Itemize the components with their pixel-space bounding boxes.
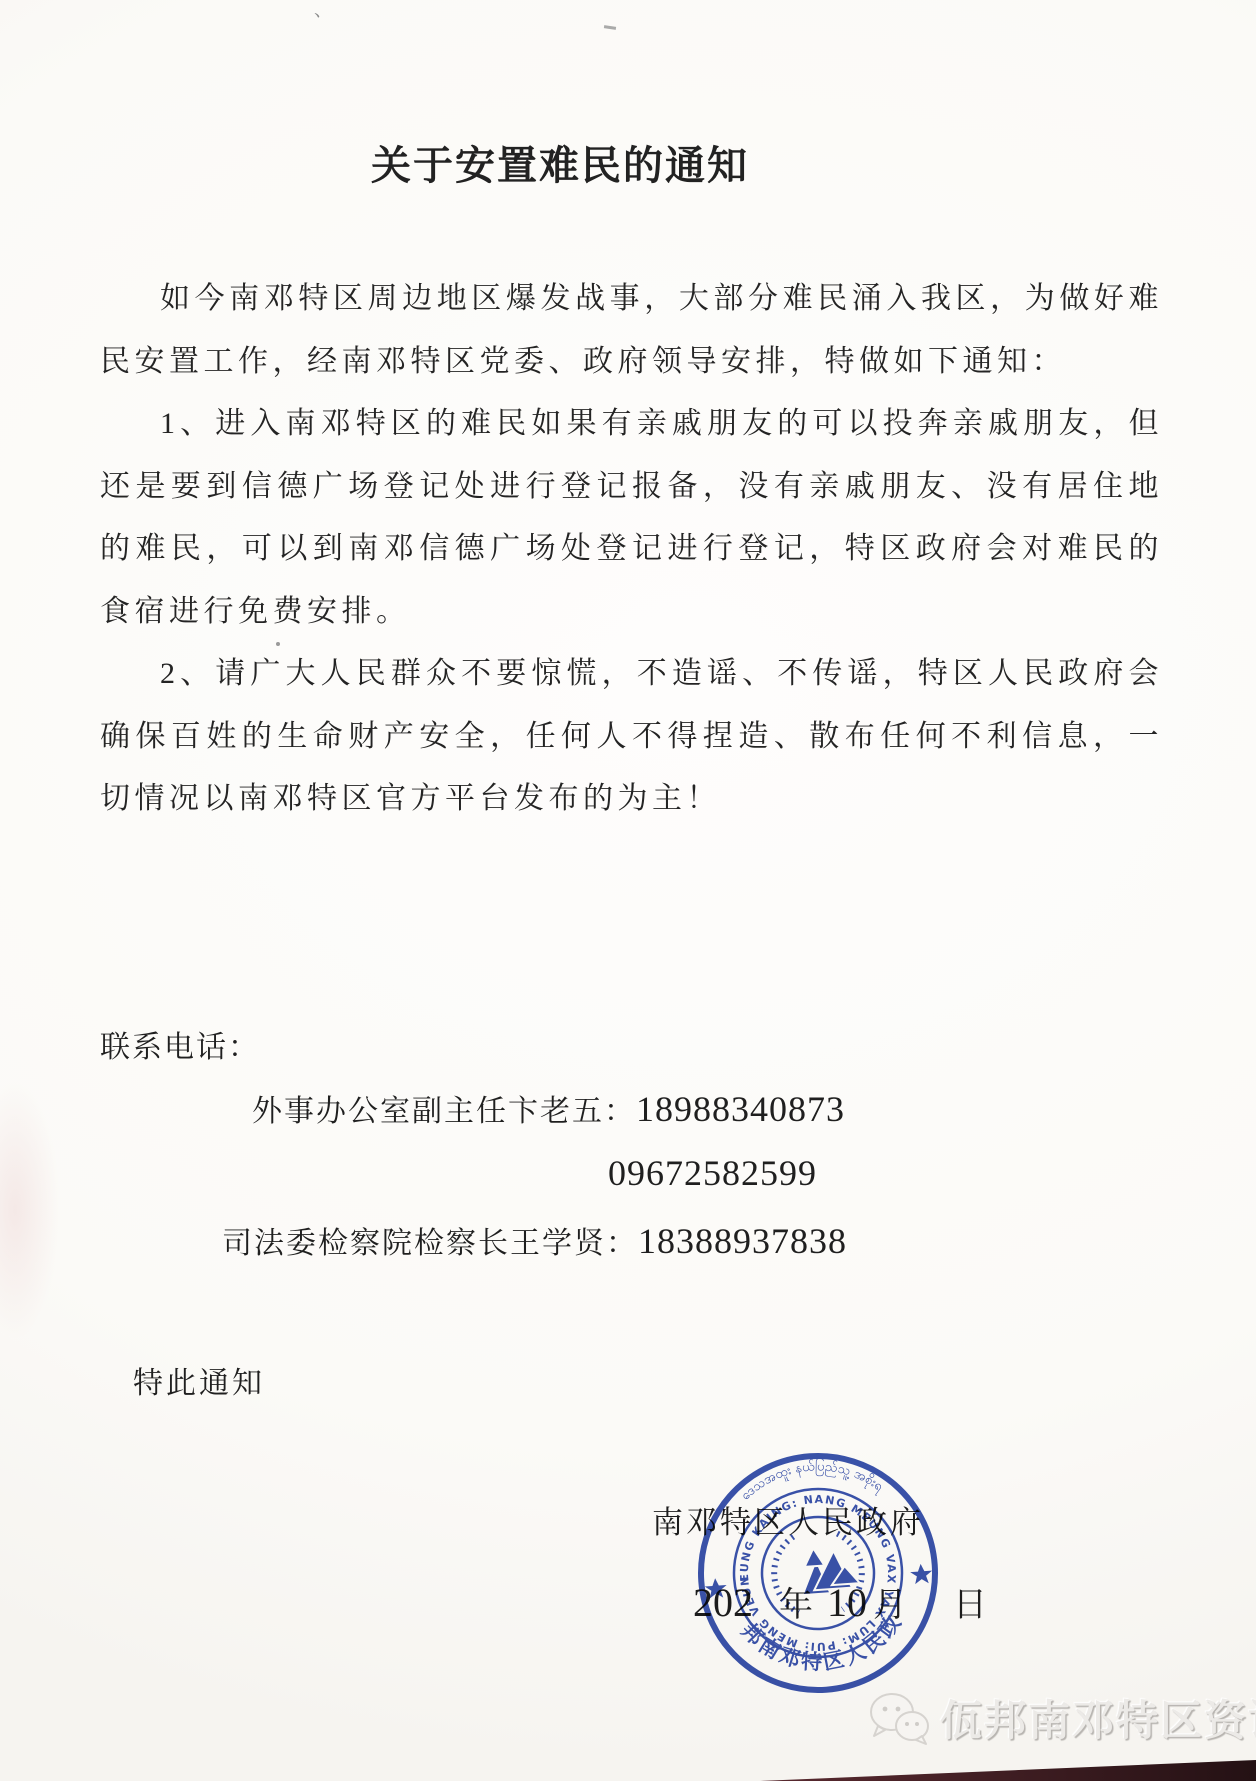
contact-phone: 09672582599 [608, 1153, 817, 1193]
body-paragraph: 1、进入南邓特区的难民如果有亲戚朋友的可以投奔亲戚朋友，但还是要到信德广场登记处… [100, 393, 1163, 643]
official-seal: ဒေသအထူး နယ်ပြည်သူ့ အစိုးရ VEUNG KAING: N… [685, 1440, 952, 1707]
scan-corner-shadow [760, 1760, 1256, 1781]
contact-name: 司法委检察院检察长王学贤： [222, 1227, 638, 1260]
wechat-icon [868, 1690, 930, 1746]
contact-line: 司法委检察院检察长王学贤：18388937838 [222, 1218, 847, 1262]
seal-laurel-left [772, 1537, 799, 1614]
contact-label: 联系电话： [100, 1022, 260, 1066]
contact-line: 外事办公室副主任卞老五：18988340873 [252, 1086, 845, 1130]
scan-speck [604, 25, 616, 30]
date-part: 日 [953, 1587, 987, 1624]
notice-title: 关于安置难民的通知 [0, 134, 1120, 191]
seal-mountains-emblem [799, 1545, 860, 1595]
scan-speck: 、 [314, 0, 332, 22]
seal-graphic: ဒေသအထူး နယ်ပြည်သူ့ အစိုးရ VEUNG KAING: N… [685, 1440, 952, 1707]
body-paragraph: 如今南邓特区周边地区爆发战事，大部分难民涌入我区，为做好难民安置工作，经南邓特区… [100, 268, 1163, 393]
contact-line: 09672582599 [608, 1152, 817, 1194]
scan-smudge [0, 1080, 60, 1340]
contact-name: 外事办公室副主任卞老五： [252, 1095, 636, 1128]
document-page: 、 关于安置难民的通知 如今南邓特区周边地区爆发战事，大部分难民涌入我区，为做好… [0, 0, 1256, 1781]
watermark-text: 佤邦南邓特区资讯网 [940, 1688, 1256, 1748]
closing-note: 特此通知 [133, 1358, 265, 1402]
body-paragraph: 2、请广大人民群众不要惊慌，不造谣、不传谣，特区人民政府会确保百姓的生命财产安全… [100, 643, 1163, 831]
contact-phone: 18388937838 [638, 1221, 847, 1261]
notice-body: 如今南邓特区周边地区爆发战事，大部分难民涌入我区，为做好难民安置工作，经南邓特区… [100, 268, 1163, 831]
contact-phone: 18988340873 [636, 1089, 845, 1129]
watermark: 佤邦南邓特区资讯网 [868, 1688, 1256, 1748]
